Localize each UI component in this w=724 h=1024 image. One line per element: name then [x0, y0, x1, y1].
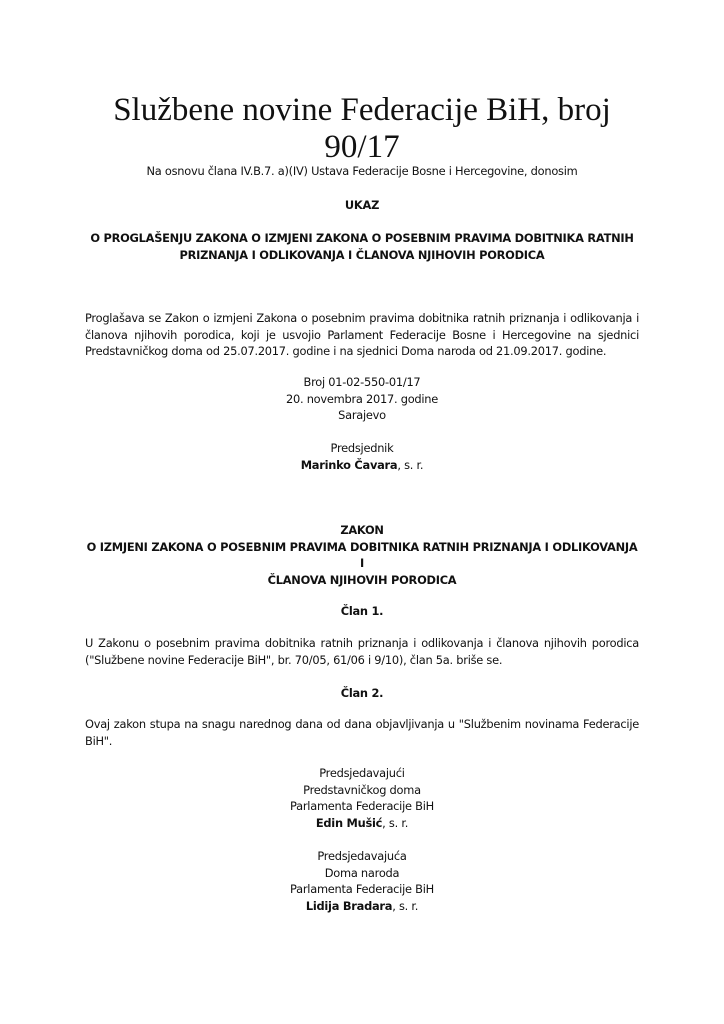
article-1-text: U Zakonu o posebnim pravima dobitnika ra…	[85, 635, 639, 668]
ukaz-subheading: O PROGLAŠENJU ZAKONA O IZMJENI ZAKONA O …	[85, 230, 639, 263]
signatory-title: Predsjednik	[85, 440, 639, 457]
zakon-heading-block: ZAKON O IZMJENI ZAKONA O POSEBNIM PRAVIM…	[85, 522, 639, 588]
signatory-name: Marinko Čavara	[301, 458, 398, 472]
signatory-2-title-1: Predsjedavajuća	[85, 848, 639, 865]
zakon-subheading-line-2: ČLANOVA NJIHOVIH PORODICA	[85, 572, 639, 589]
signatory-2-name: Lidija Bradara	[306, 899, 392, 913]
ukaz-signature: Predsjednik Marinko Čavara, s. r.	[85, 440, 639, 473]
signatory-2-title-3: Parlamenta Federacije BiH	[85, 881, 639, 898]
ukaz-date: 20. novembra 2017. godine	[85, 391, 639, 408]
ukaz-number: Broj 01-02-550-01/17	[85, 374, 639, 391]
zakon-heading: ZAKON	[85, 522, 639, 539]
signature-block-2: Predsjedavajuća Doma naroda Parlamenta F…	[85, 848, 639, 914]
signatory-1-suffix: , s. r.	[382, 816, 408, 830]
ukaz-place: Sarajevo	[85, 407, 639, 424]
title-line-2: 90/17	[85, 129, 639, 166]
signatory-2-suffix: , s. r.	[392, 899, 418, 913]
signatory-1-title-3: Parlamenta Federacije BiH	[85, 798, 639, 815]
document-title: Službene novine Federacije BiH, broj 90/…	[85, 92, 639, 166]
ukaz-heading: UKAZ	[85, 197, 639, 214]
ukaz-subheading-line-1: O PROGLAŠENJU ZAKONA O IZMJENI ZAKONA O …	[85, 230, 639, 247]
ukaz-subheading-line-2: PRIZNANJA I ODLIKOVANJA I ČLANOVA NJIHOV…	[85, 247, 639, 264]
signatory-1-title-2: Predstavničkog doma	[85, 782, 639, 799]
signatory-2-title-2: Doma naroda	[85, 865, 639, 882]
signatory-1-name: Edin Mušić	[316, 816, 382, 830]
preamble: Na osnovu člana IV.B.7. a)(IV) Ustava Fe…	[85, 163, 639, 180]
article-1-heading: Član 1.	[85, 603, 639, 620]
signature-block-1: Predsjedavajući Predstavničkog doma Parl…	[85, 765, 639, 831]
signatory-1-line: Edin Mušić, s. r.	[85, 815, 639, 832]
article-2-text: Ovaj zakon stupa na snagu narednog dana …	[85, 716, 639, 749]
ukaz-body: Proglašava se Zakon o izmjeni Zakona o p…	[85, 310, 639, 360]
signatory-2-line: Lidija Bradara, s. r.	[85, 898, 639, 915]
signatory-1-title-1: Predsjedavajući	[85, 765, 639, 782]
zakon-subheading-line-1: O IZMJENI ZAKONA O POSEBNIM PRAVIMA DOBI…	[85, 539, 639, 572]
ukaz-reference: Broj 01-02-550-01/17 20. novembra 2017. …	[85, 374, 639, 424]
title-line-1: Službene novine Federacije BiH, broj	[85, 92, 639, 129]
article-2-heading: Član 2.	[85, 685, 639, 702]
signatory-suffix: , s. r.	[397, 458, 423, 472]
signatory-line: Marinko Čavara, s. r.	[85, 457, 639, 474]
